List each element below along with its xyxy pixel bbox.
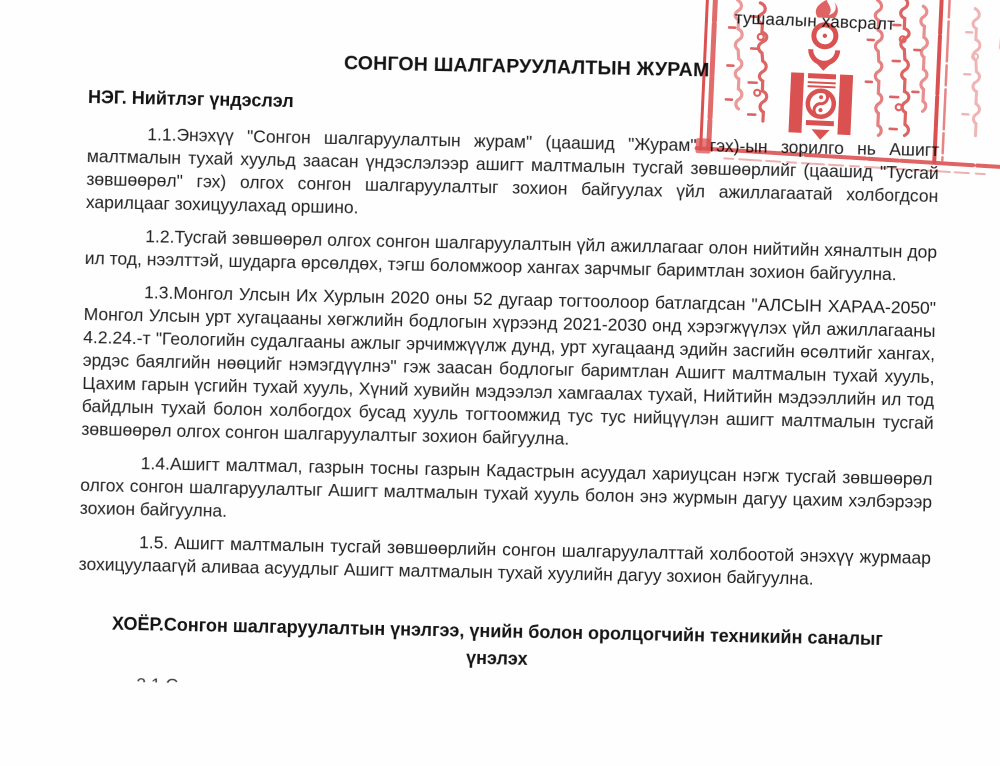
section-one-heading: НЭГ. Нийтлэг үндэслэл [88, 87, 998, 126]
paragraph-1-4: 1.4.Ашигт малтмал, газрын тосны газрын К… [80, 451, 933, 537]
corner-note: тушаалын хавсралт [734, 8, 895, 35]
document-title: СОНГОН ШАЛГАРУУЛАЛТЫН ЖУРАМ [27, 46, 1000, 89]
document-content: тушаалын хавсралт СОНГОН ШАЛГАРУУЛАЛТЫН … [0, 0, 1000, 699]
section-two-heading: ХОЁР.Сонгон шалгаруулалтын үнэлгээ, үний… [87, 610, 908, 680]
paragraph-1-5: 1.5. Ашигт малтмалын тусгай зөвшөөрлийн … [78, 530, 931, 593]
paragraph-1-2: 1.2.Тусгай зөвшөөрөл олгох сонгон шалгар… [85, 224, 938, 287]
paragraph-1-1: 1.1.Энэхүү "Сонгон шалгаруулалтын журам"… [86, 122, 940, 231]
document-page: тушаалын хавсралт СОНГОН ШАЛГАРУУЛАЛТЫН … [0, 0, 1000, 766]
paragraph-1-3: 1.3.Монгол Улсын Их Хурлын 2020 оны 52 д… [81, 280, 936, 458]
